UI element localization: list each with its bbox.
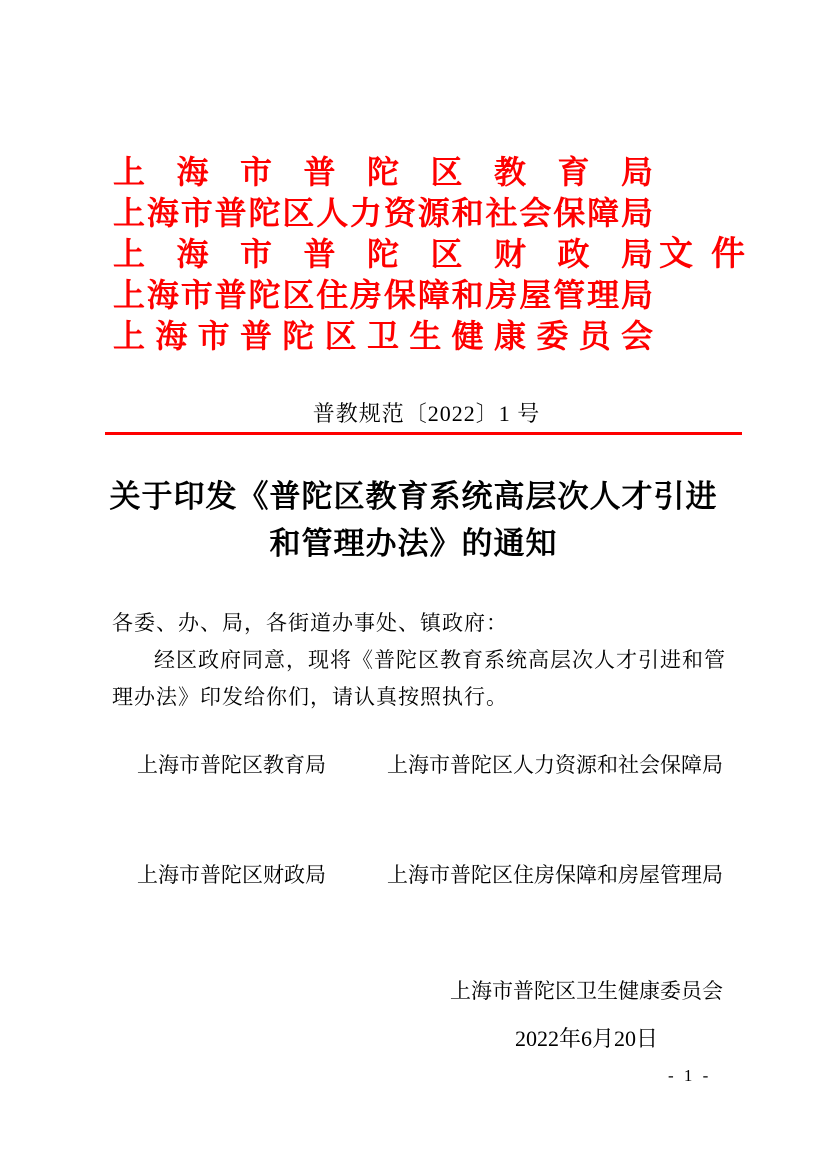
signature-final-block: 上海市普陀区卫生健康委员会 2022年6月20日: [450, 967, 723, 1063]
document-title: 关于印发《普陀区教育系统高层次人才引进 和管理办法》的通知: [100, 473, 727, 567]
document-page: 上海市普陀区教育局 上海市普陀区人力资源和社会保障局 上海市普陀区财政局 上海市…: [0, 0, 826, 1169]
signature-health-commission: 上海市普陀区卫生健康委员会: [450, 967, 723, 1015]
letterhead-agency-1: 上海市普陀区教育局: [113, 152, 653, 193]
letterhead-agency-3: 上海市普陀区财政局: [113, 234, 653, 275]
letterhead-agency-4: 上海市普陀区住房保障和房屋管理局: [113, 275, 653, 316]
document-title-line-1: 关于印发《普陀区教育系统高层次人才引进: [100, 473, 727, 520]
signature-education-bureau: 上海市普陀区教育局: [137, 749, 326, 779]
letterhead-doc-type-label: 文件: [659, 234, 745, 275]
signature-row-1: 上海市普陀区教育局 上海市普陀区人力资源和社会保障局: [137, 749, 723, 779]
letterhead-agency-5: 上海市普陀区卫生健康委员会: [113, 316, 653, 357]
signature-hr-social-security-bureau: 上海市普陀区人力资源和社会保障局: [387, 749, 723, 779]
document-body: 各委、办、局，各街道办事处、镇政府： 经区政府同意，现将《普陀区教育系统高层次人…: [112, 605, 744, 716]
signature-housing-bureau: 上海市普陀区住房保障和房屋管理局: [387, 859, 723, 889]
document-number: 普教规范〔2022〕1 号: [113, 397, 740, 428]
letterhead: 上海市普陀区教育局 上海市普陀区人力资源和社会保障局 上海市普陀区财政局 上海市…: [113, 152, 745, 357]
letterhead-agency-2: 上海市普陀区人力资源和社会保障局: [113, 193, 653, 234]
red-divider-rule: [105, 432, 742, 435]
body-salutation: 各委、办、局，各街道办事处、镇政府：: [112, 605, 744, 642]
signature-date: 2022年6月20日: [450, 1015, 723, 1063]
body-paragraph-line-1: 经区政府同意，现将《普陀区教育系统高层次人才引进和管: [112, 642, 744, 679]
signature-finance-bureau: 上海市普陀区财政局: [137, 859, 326, 889]
page-number: - 1 -: [668, 1066, 711, 1086]
document-title-line-2: 和管理办法》的通知: [100, 520, 727, 567]
letterhead-agency-list: 上海市普陀区教育局 上海市普陀区人力资源和社会保障局 上海市普陀区财政局 上海市…: [113, 152, 653, 357]
signature-row-2: 上海市普陀区财政局 上海市普陀区住房保障和房屋管理局: [137, 859, 723, 889]
body-paragraph-line-2: 理办法》印发给你们，请认真按照执行。: [112, 679, 744, 716]
